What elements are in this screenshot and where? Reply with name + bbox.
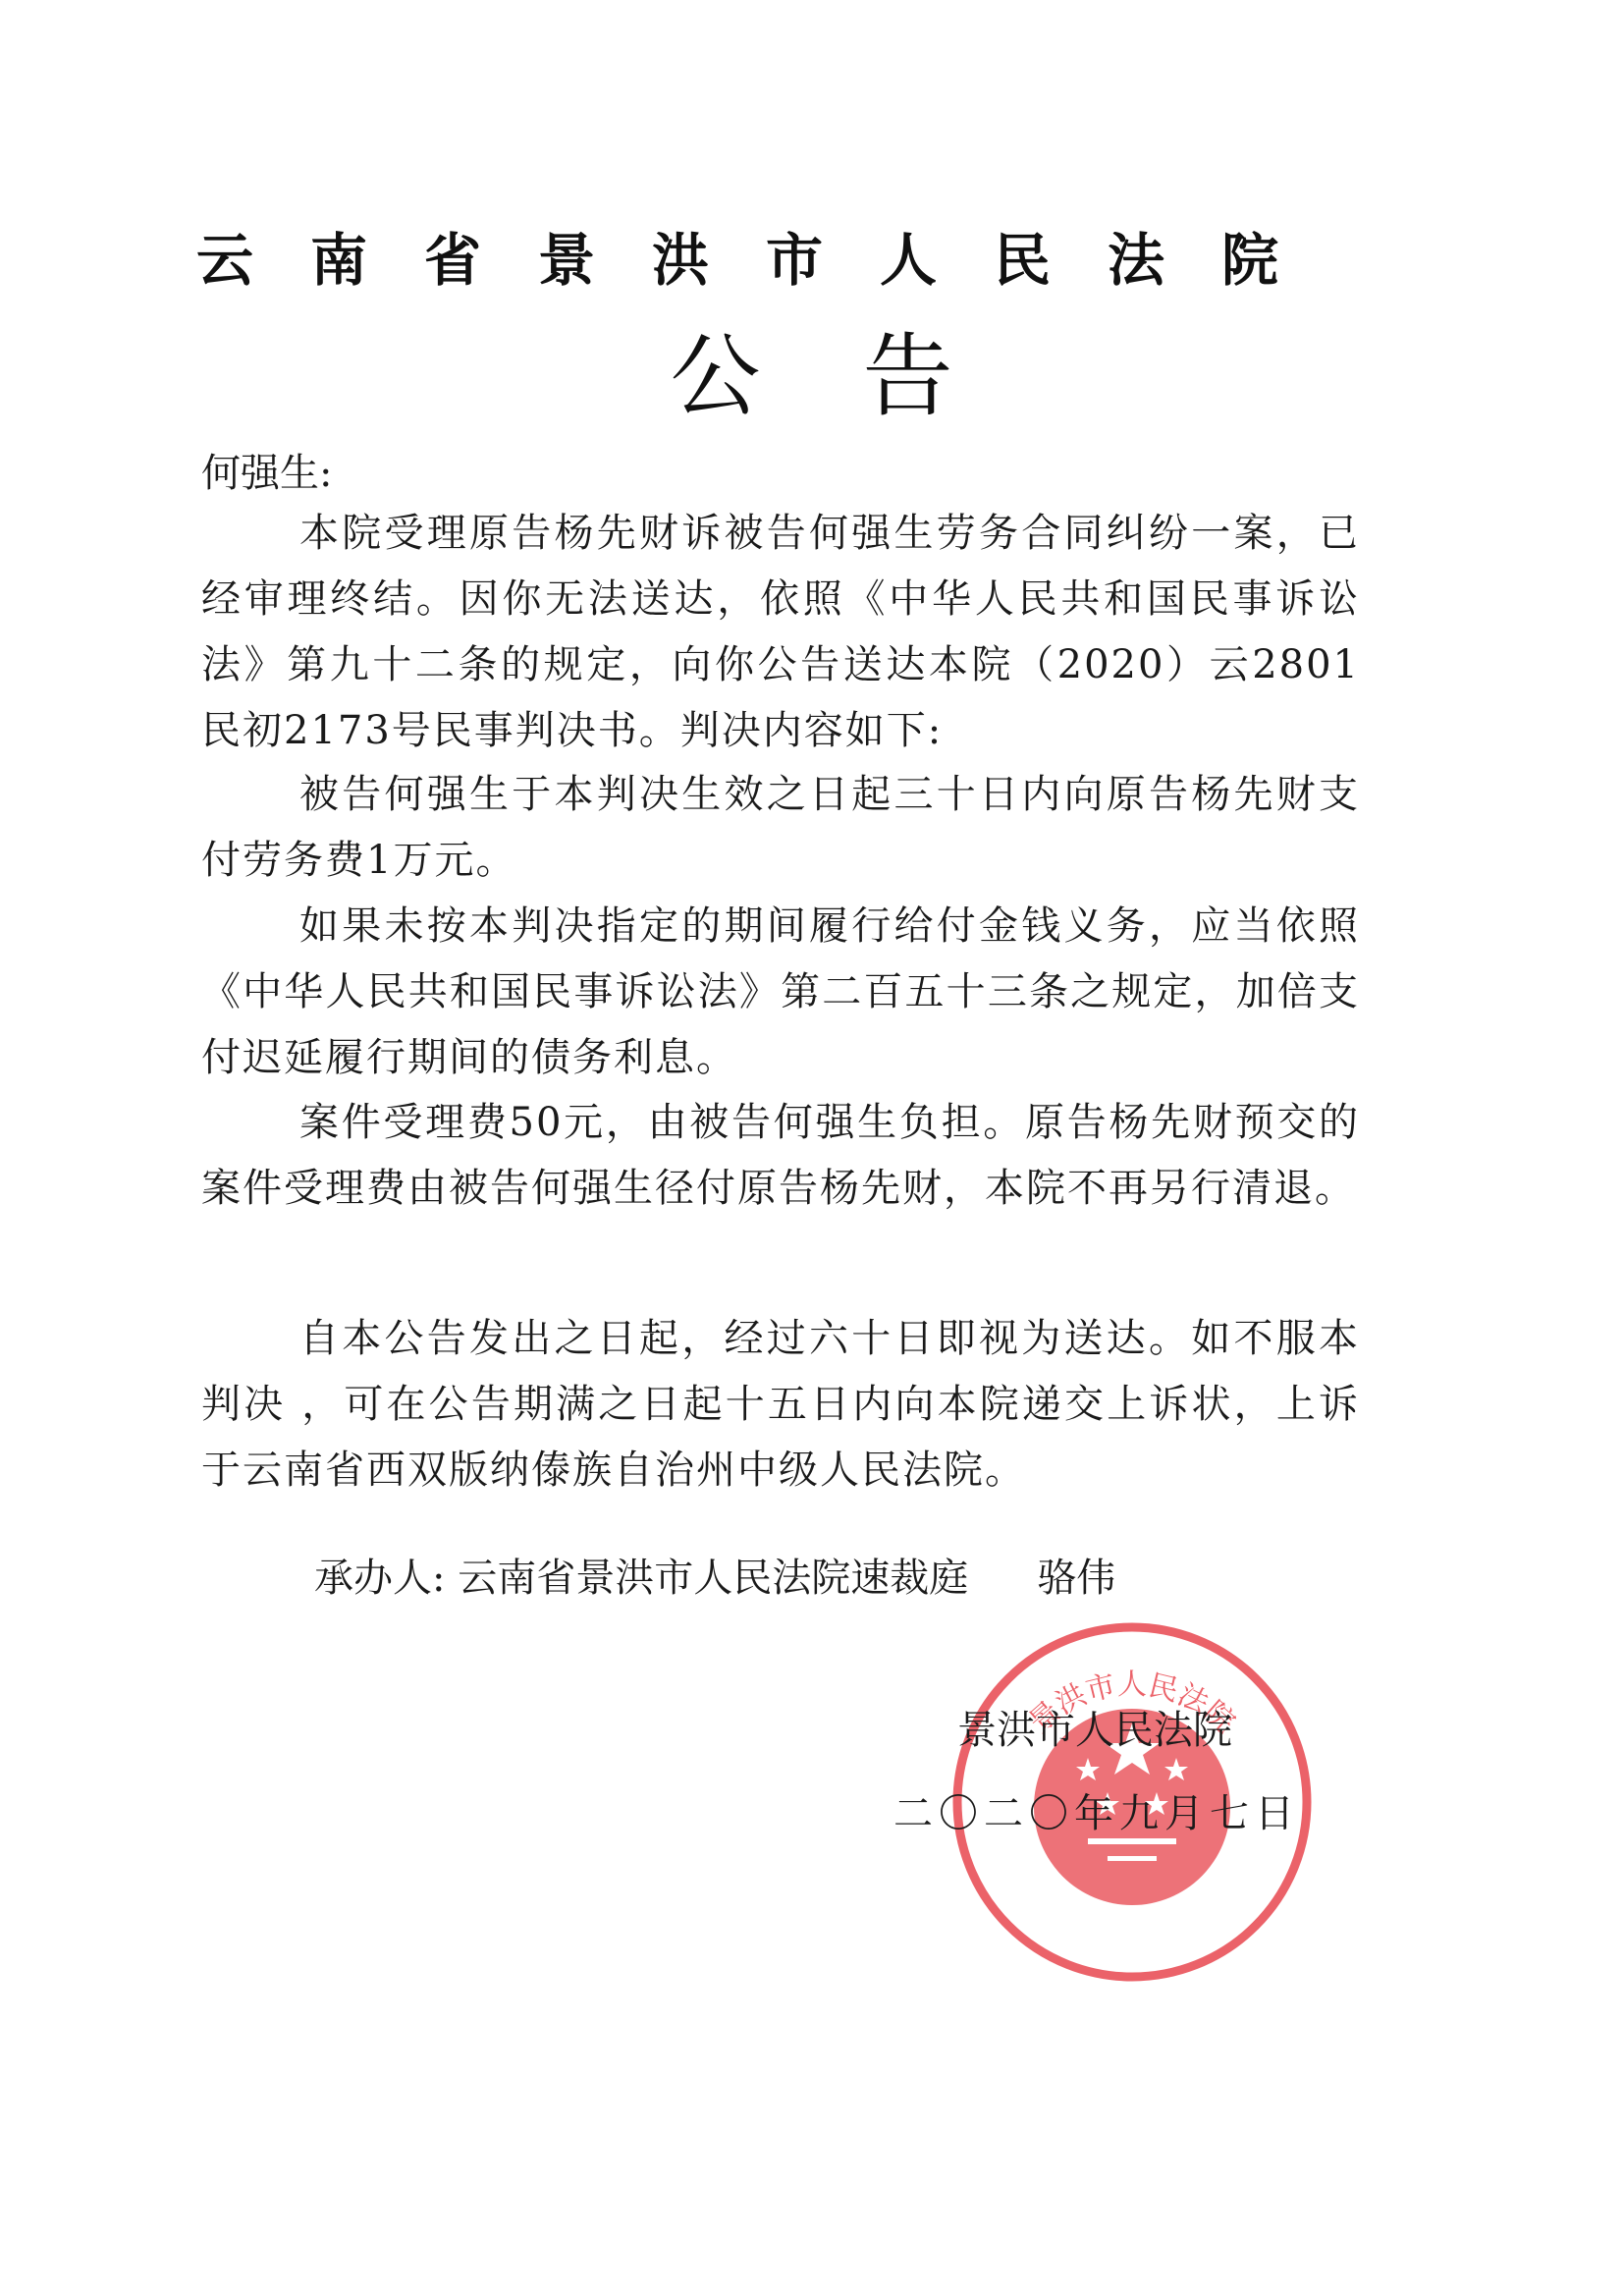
paragraph-appeal: 自本公告发出之日起，经过六十日即视为送达。如不服本判决 ，可在公告期满之日起十五… (201, 1306, 1360, 1503)
title-char-2: 告 (863, 304, 953, 434)
paragraph-interest: 如果未按本判决指定的期间履行给付金钱义务，应当依照《中华人民共和国民事诉讼法》第… (201, 894, 1360, 1091)
document-type-title: 公告 (0, 304, 1623, 434)
paragraph-judgment: 被告何强生于本判决生效之日起三十日内向原告杨先财支付劳务费1万元。 (201, 762, 1360, 894)
handler-line: 承办人: 云南省景洪市人民法院速裁庭骆伟 (314, 1547, 1115, 1603)
handler-name: 骆伟 (1037, 1556, 1115, 1601)
paragraph-case-summary: 本院受理原告杨先财诉被告何强生劳务合同纠纷一案，已经审理终结。因你无法送达，依照… (201, 501, 1360, 764)
title-char-1: 公 (670, 304, 760, 434)
addressee: 何强生: (201, 442, 332, 498)
handler-label: 承办人: 云南省景洪市人民法院速裁庭 (314, 1556, 968, 1601)
signature-date: 二〇二〇年九月七日 (893, 1782, 1300, 1838)
paragraph-fees: 案件受理费50元，由被告何强生负担。原告杨先财预交的案件受理费由被告何强生径付原… (201, 1090, 1360, 1222)
court-title: 云南省景洪市人民法院 (196, 214, 1335, 297)
signature-court: 景洪市人民法院 (957, 1699, 1232, 1755)
